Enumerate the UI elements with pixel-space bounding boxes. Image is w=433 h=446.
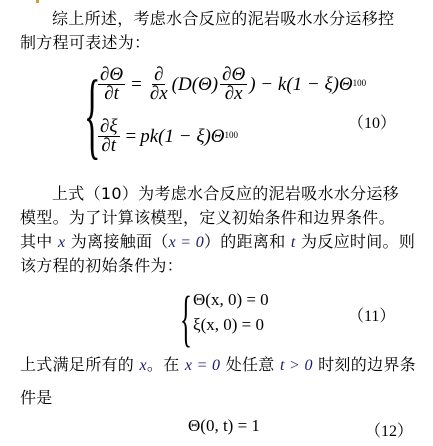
paragraph-1-line-2: 制方程可表述为： — [20, 30, 150, 53]
equation-10-line-2: ∂ξ ∂t = pk(1 − ξ)Θ100 — [96, 118, 238, 155]
paragraph-2-line-2: 模型。为了计算该模型，定义初始条件和边界条件。 — [20, 205, 395, 228]
paragraph-2-line-4: 该方程的初始条件为： — [20, 253, 183, 276]
equation-11-line-2: ξ(x, 0) = 0 — [193, 315, 264, 335]
fraction-dxi-dt: ∂ξ ∂t — [98, 118, 120, 155]
fraction-dtheta-dt: ∂Θ ∂t — [98, 66, 125, 103]
fraction-dtheta-dx: ∂Θ ∂x — [220, 66, 247, 103]
left-brace: { — [180, 288, 192, 350]
equation-12-expression: Θ(0, t) = 1 — [188, 416, 260, 436]
paragraph-3-line-2: 件是 — [20, 385, 53, 408]
fraction-d-dx: ∂ ∂x — [148, 66, 170, 103]
paragraph-1-line-1: 综上所述，考虑水合反应的泥岩吸水水分运移控 — [52, 6, 394, 29]
equation-number-11: （11） — [348, 303, 395, 326]
equation-11-line-1: Θ(x, 0) = 0 — [193, 290, 269, 310]
equation-10-line-1: ∂Θ ∂t = ∂ ∂x (D(Θ) ∂Θ ∂x ) − k(1 − ξ)Θ10… — [96, 66, 366, 103]
text-cursor — [36, 0, 39, 3]
paragraph-2-line-3: 其中 x 为离接触面（x = 0）的距离和 t 为反应时间。则 — [20, 229, 415, 252]
equation-number-12: （12） — [365, 418, 413, 441]
equation-number-10: （10） — [348, 110, 396, 133]
paragraph-2-line-1: 上式（10）为考虑水合反应的泥岩吸水水分运移 — [52, 181, 399, 204]
paragraph-3-line-1: 上式满足所有的 x。在 x = 0 处任意 t > 0 时刻的边界条 — [20, 352, 416, 375]
